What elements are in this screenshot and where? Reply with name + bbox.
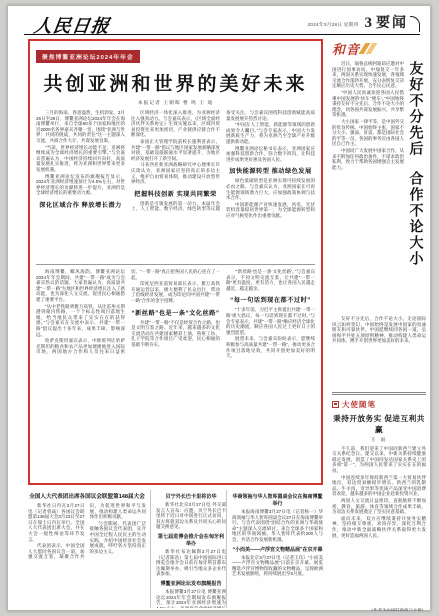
main-byline: 本报记者 王朝晖 曹 鸣 王 迪 — [36, 99, 315, 106]
subheadline: “新丝路”也是一条“文化丝路” — [131, 308, 220, 317]
subheadline: “每一句话到现在都不过时” — [226, 295, 315, 304]
page-header-right: 2024年3月28日 星期四 3 要闻 — [308, 12, 420, 32]
main-headline: 共创亚洲和世界的美好未来 — [36, 69, 315, 96]
ambassador-label-text: 大使随笔 — [342, 399, 376, 410]
paragraph: 三月的海南，春意盎然，生机勃发。3月26日至29日，博鳌亚洲论坛2024年年会在… — [36, 110, 125, 144]
paragraph: 不久前，我们迎来了中国同新西兰建立外交关系纪念日。建交以来，中新关系持续健康稳定… — [332, 446, 426, 474]
paragraph: 中国连续多年保持新西兰第一大贸易伙伴地位，双边贸易额稳步增长。新西兰的乳制品、牛… — [332, 475, 426, 497]
paragraph: 马来西亚新亚洲战略研究中心理事长许庆琦认为，亚洲国家应坚持真正的多边主义，维护自… — [131, 162, 220, 184]
subheadline: 加快能源转型 推动绿色发展 — [226, 166, 315, 175]
exhibit-body: 本报北京3月27日电（记者王珏）“小而美——卢浮宫文物精品展”日前在京开幕。展览… — [232, 555, 323, 577]
newspaper-scan: 人民日报 2024年3月28日 星期四 3 要闻 聚焦博鳌亚洲论坛2024年年会… — [0, 0, 439, 616]
heyin-column-logo: 和音 — [332, 39, 426, 58]
paragraph: 展望未来，与会嘉宾纷纷表示，愿继续积极参与高质量共建“一带一路”，推动更多合作项… — [226, 336, 315, 358]
npc-body: 新华社日内瓦3月27日电（记者曾焱）各国议会联盟第148届大会3月23日至27日… — [28, 503, 146, 603]
paragraph: 印度尼西亚前贸易部长表示，雅万高铁开通运营以来，极大便利了民众出行，带动了沿线经… — [131, 281, 220, 303]
paragraph: 与会期间，代表团广泛接触各国议会代表团，宣介中国全过程人民民主的生动实践，介绍中… — [90, 521, 147, 555]
paragraph: “中国在人工智能、新能源等领域的创新成果令人瞩目。”与会专家表示，中国大力发展新… — [226, 122, 315, 144]
page-number: 3 — [365, 15, 373, 32]
paragraph: “从中老铁路到雅万高铁，从比雷埃夫斯港到蒙内铁路，一个个标志性项目落地生根，给当… — [36, 304, 125, 338]
paragraph: 中国新能源产业快速发展，风电、光伏装机容量稳居世界第一，为全球能源转型和应对气候… — [226, 202, 315, 219]
huashang-headline: 华商领袖与华人智库圆桌会议在海南博鳌举行 — [232, 493, 323, 507]
npc-delegation-article: 全国人大代表团出席各国议会联盟第148届大会 新华社日内瓦3月27日电（记者曾焱… — [28, 490, 150, 608]
ambassador-essay: 大使随笔 秉持开放务实 促进互利共赢 王 雨 不久前，我们迎来了中国同新西兰建立… — [332, 399, 426, 611]
corner-bracket-icon — [410, 16, 420, 32]
subheadline: 深化区域合作 释放增长潜力 — [36, 200, 125, 209]
ambassador-body: 不久前，我们迎来了中国同新西兰建立外交关系纪念日。建交以来，中新关系持续健康稳定… — [332, 446, 426, 606]
article-divider — [36, 264, 315, 265]
npc-headline: 全国人大代表团出席各国议会联盟第148届大会 — [28, 492, 146, 500]
news-brief: 博鳌亚洲论坛发布旗舰报告 本报博鳌3月27日电 博鳌亚洲论坛2024年年会期间发… — [156, 580, 226, 608]
heyin-text-column: 近日，瑙鲁总统阿迪昂应邀对中国进行国事访问。中瑙复交一年多来，两国关系实现快速发… — [332, 61, 407, 313]
paragraph: 博鳌亚洲论坛发布的旗舰报告显示，2024年亚洲经济增速预计为4.5%左右，对世界… — [36, 174, 125, 196]
news-briefs-column: 贝宁外长巴卡里将访华 新华社北京3月27日电 外交部发言人宣布：应邀，贝宁外长巴… — [150, 490, 226, 608]
huashang-body: 本报海南博鳌3月27日电（记者杨一）华商领袖与华人智库圆桌会议27日在海南博鳌举… — [232, 509, 323, 543]
newspaper-page: 人民日报 2024年3月28日 星期四 3 要闻 聚焦博鳌亚洲论坛2024年年会… — [7, 5, 431, 611]
paragraph: 泰国正大管理学院前校长施利普表示，共建“一带一路”倡议与地区国家发展战略深度对接… — [131, 139, 220, 161]
kicker-badge: 聚焦博鳌亚洲论坛2024年年会 — [36, 50, 140, 63]
sidebar-column: 和音 近日，瑙鲁总统阿迪昂应邀对中国进行国事访问。中瑙复交一年多来，两国关系实现… — [332, 39, 426, 611]
paragraph: 面向未来，双方应继续秉持开放务实精神，坚持相互尊重、求同存异，深化互利合作，推动… — [332, 516, 426, 538]
paragraph: 中国同广大发展中国家合作，从来不附加任何政治条件，不谋求政治私利，致力于帮助各国… — [332, 148, 404, 170]
column-square-icon — [332, 401, 339, 408]
paragraph: 绿色低碳转型是亚洲实现可持续发展的必由之路。与会嘉宾认为，亚洲国家在可再生能源领… — [226, 178, 315, 200]
paragraph: 近日，瑙鲁总统阿迪昂应邀对中国进行国事访问。中瑙复交一年多来，两国关系实现快速发… — [332, 61, 404, 89]
section-title: 要闻 — [376, 12, 408, 32]
news-brief: 贝宁外长巴卡里将访华 新华社北京3月27日电 外交部发言人宣布：应邀，贝宁外长巴… — [156, 493, 226, 530]
paragraph: 大小国家一律平等，是中国外交的优良传统。中国始终主张，国家不分大小、强弱、贫富，… — [332, 119, 404, 147]
paragraph: “‘新丝路’也是一条‘文化丝路’。”与会嘉宾表示，不同文明交流互鉴，让共建“一带… — [226, 269, 315, 291]
paragraph: 共建“一带一路”不仅是经贸合作之路，也是文明互鉴之路。近年来，越来越多的文化交流… — [131, 320, 220, 348]
paragraph: “中国人民真诚欢迎各国人民搭乘中国发展的‘快车’‘便车’。”中国始终秉持友好不分… — [332, 90, 404, 118]
heyin-body: 近日，瑙鲁总统阿迪昂应邀对中国进行国事访问。中瑙复交一年多来，两国关系实现快速发… — [332, 61, 426, 313]
paragraph: 两国人文交流日益密切，直航航班不断加密，教育、旅游、体育等领域合作成果丰硕，为双… — [332, 498, 426, 515]
vertical-headline-line: 合作不论大小 — [407, 171, 427, 267]
brief-body: 新华社北京3月27日电 外交部发言人宣布：应邀，贝宁外长巴卡里将于近日对中国进行… — [156, 502, 226, 530]
header-rule — [24, 34, 420, 35]
heyin-commentary: 和音 近日，瑙鲁总统阿迪昂应邀对中国进行国事访问。中瑙复交一年多来，两国关系实现… — [332, 39, 426, 389]
brief-body: 本报博鳌3月27日电 博鳌亚洲论坛2024年年会期间发布旗舰报告，预计2024年… — [156, 589, 226, 608]
exhibit-headline: “小而美——卢浮宫文物精品展”在京开幕 — [232, 546, 323, 553]
brief-body: 新华社布达佩斯3月27日电（记者陈浩）第七届中国国际进口博览会推介会日前在匈牙利… — [156, 549, 226, 577]
main-article-columns-bottom: 海南博鳌，椰风海韵。博鳌亚洲论坛2024年年会期间，共建“一带一路”成为与会嘉宾… — [36, 269, 315, 481]
news-brief: 第七届进博会推介会在匈牙利举办 新华社布达佩斯3月27日电（记者陈浩）第七届中国… — [156, 533, 226, 577]
section-divider — [332, 392, 426, 395]
paragraph: 友好不分先后，合作不论大小。无论国际风云如何变幻，中国始终是发展中国家的真诚朋友… — [332, 316, 426, 344]
main-article-columns-top: 三月的海南，春意盎然，生机勃发。3月26日至29日，博鳌亚洲论坛2024年年会在… — [36, 110, 315, 260]
paragraph: “当前，世界经济增长动能不足，亚洲将继续成为全球经济增长的重要引擎。”与会嘉宾普… — [36, 145, 125, 173]
heyin-vertical-headline: 友好不分先后 合作不论大小 — [407, 61, 426, 313]
ambassador-byline: 王 雨 — [332, 437, 426, 443]
ambassador-column-label: 大使随笔 — [332, 399, 426, 410]
brief-headline: 博鳌亚洲论坛发布旗舰报告 — [156, 580, 226, 587]
vertical-headline-line: 友好不分先后 — [407, 61, 427, 157]
bottom-articles-row: 全国人大代表团出席各国议会联盟第148届大会 新华社日内瓦3月27日电（记者曾焱… — [28, 490, 323, 608]
paragraph: 博鳌亚洲论坛秘书长表示，亚洲国家应加强科技创新合作，弥合数字鸿沟，让科技进步成果… — [226, 146, 315, 163]
dateline: 2024年3月28日 星期四 — [308, 22, 359, 28]
paragraph: “十多年前，习近平主席提出共建‘一带一路’重大倡议，每一句话到现在都不过时。”与… — [226, 307, 315, 335]
subheadline: 把握科技创新 实现共同繁荣 — [131, 189, 220, 198]
brief-headline: 贝宁外长巴卡里将访华 — [156, 493, 226, 500]
brief-headline: 第七届进博会推介会在匈牙利举办 — [156, 533, 226, 547]
ambassador-attribution: （作者为中国驻新西兰大使） — [332, 608, 426, 611]
ambassador-headline: 秉持开放务实 促进互利共赢 — [332, 413, 426, 435]
heyin-label: 和音 — [332, 39, 360, 58]
paragraph: 新华社日内瓦3月27日电（记者曾焱）各国议会联盟第148届大会3月23日至27日… — [28, 503, 85, 542]
heyin-bottom-text: 友好不分先后，合作不论大小。无论国际风云如何变幻，中国始终是发展中国家的真诚朋友… — [332, 316, 426, 389]
paragraph: 区域经济一体化深入推进，为亚洲经济注入强劲动力。与会嘉宾表示，《区域全面经济伙伴… — [131, 110, 220, 138]
paragraph: 海南博鳌，椰风海韵。博鳌亚洲论坛2024年年会期间，共建“一带一路”成为与会嘉宾… — [36, 269, 125, 303]
main-article-box: 聚焦博鳌亚洲论坛2024年年会 共创亚洲和世界的美好未来 本报记者 王朝晖 曹 … — [28, 39, 323, 485]
bottom-right-articles: 华商领袖与华人智库圆桌会议在海南博鳌举行 本报海南博鳌3月27日电（记者杨一）华… — [226, 490, 323, 608]
